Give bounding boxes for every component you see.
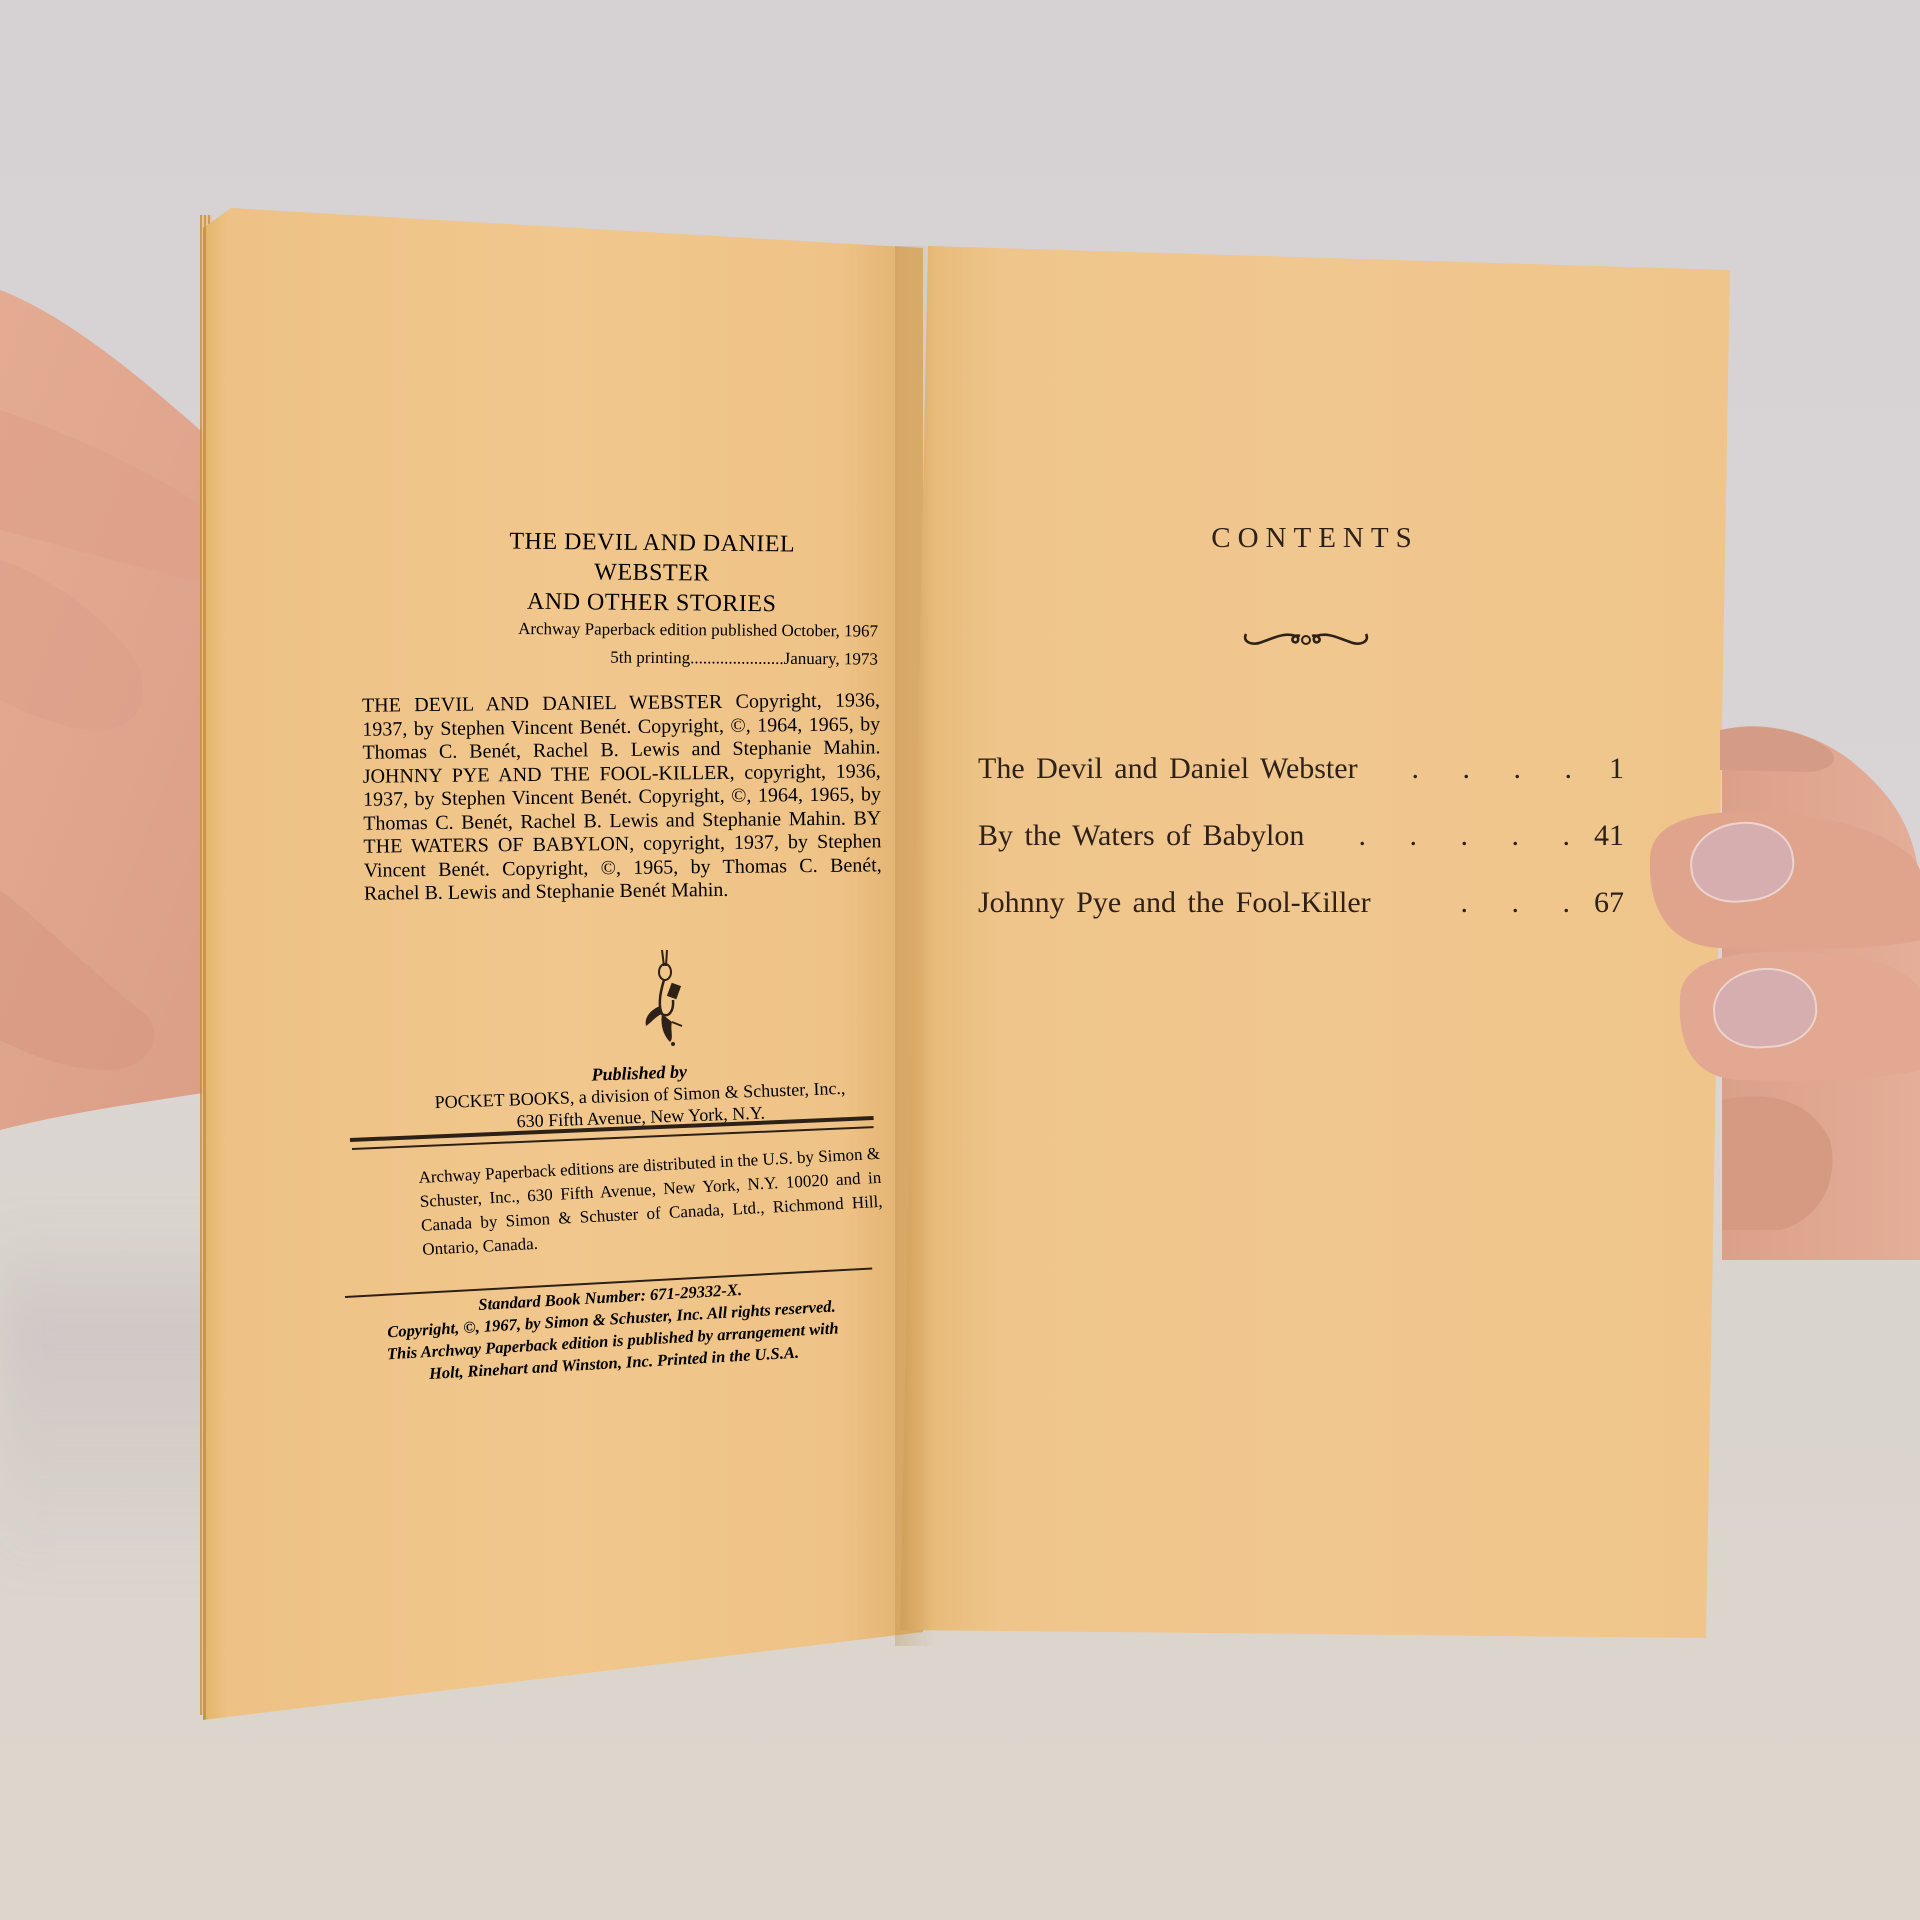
- flourish-ornament-icon: [1240, 624, 1372, 652]
- toc-page-number: 1: [1596, 752, 1624, 786]
- toc-leader: . . .: [1371, 886, 1594, 920]
- toc-entry[interactable]: By the Waters of Babylon . . . . . 41: [978, 819, 1624, 886]
- toc-page-number: 67: [1594, 886, 1624, 920]
- left-page: [203, 208, 926, 1720]
- toc-title: The Devil and Daniel Webster: [978, 752, 1358, 786]
- kangaroo-logo-icon: [640, 948, 686, 1048]
- edition-info: Archway Paperback edition published Octo…: [438, 614, 878, 673]
- printing-line: 5th printing......................Januar…: [438, 642, 878, 673]
- title-line-1: THE DEVIL AND DANIEL WEBSTER: [452, 526, 853, 590]
- toc-entry[interactable]: Johnny Pye and the Fool-Killer . . . 67: [978, 886, 1624, 953]
- toc-entry[interactable]: The Devil and Daniel Webster . . . . 1: [978, 752, 1624, 819]
- toc-page-number: 41: [1594, 819, 1624, 853]
- table-of-contents: The Devil and Daniel Webster . . . . 1 B…: [978, 752, 1624, 953]
- printing-label: 5th printing: [610, 648, 690, 668]
- toc-leader: . . . .: [1358, 752, 1596, 786]
- toc-leader: . . . . .: [1304, 819, 1594, 853]
- contents-heading: CONTENTS: [1180, 522, 1450, 555]
- toc-title: By the Waters of Babylon: [978, 819, 1304, 853]
- copyright-notice: THE DEVIL AND DANIEL WEBSTER Copyright, …: [362, 689, 882, 906]
- book-title: THE DEVIL AND DANIEL WEBSTER AND OTHER S…: [452, 526, 853, 620]
- printing-date: January, 1973: [784, 649, 878, 669]
- toc-title: Johnny Pye and the Fool-Killer: [978, 886, 1371, 920]
- printing-leader: ......................: [690, 648, 784, 668]
- edition-line: Archway Paperback edition published Octo…: [438, 614, 878, 645]
- book-gutter: [895, 246, 935, 1646]
